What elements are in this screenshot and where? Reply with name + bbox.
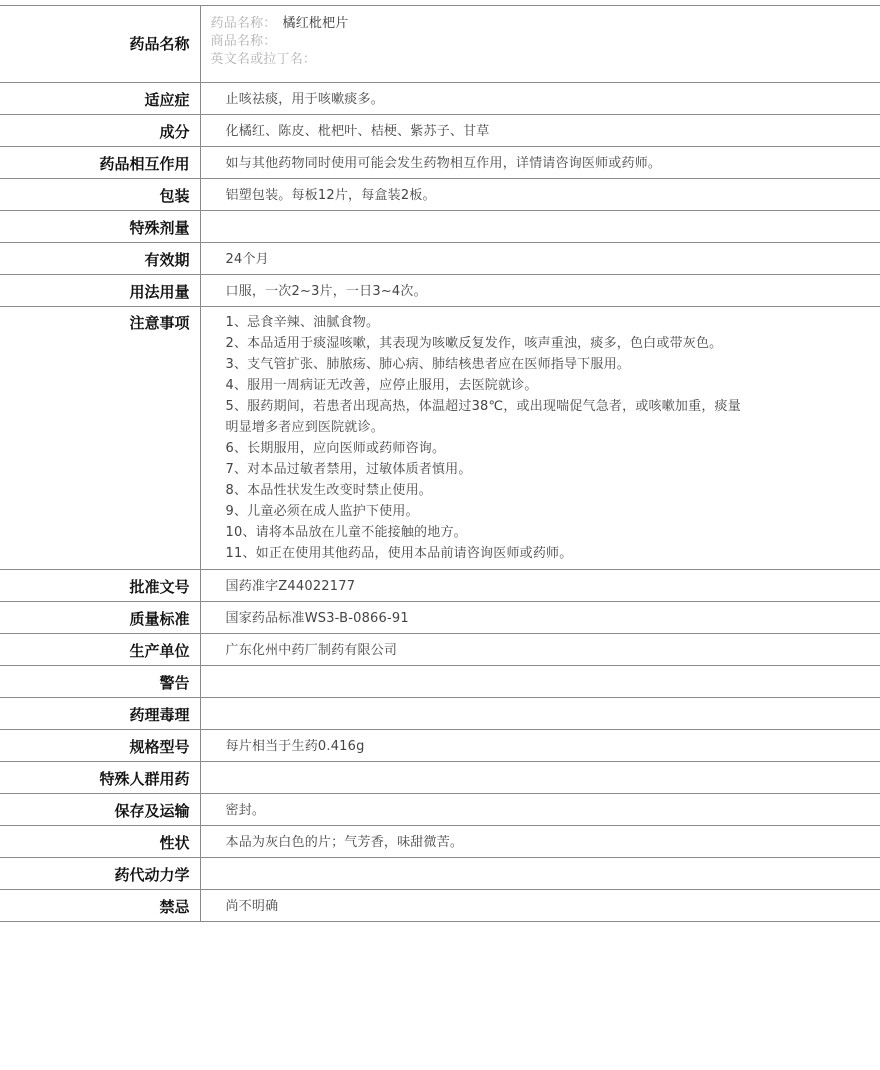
precaution-line: 明显增多者应到医院就诊。 <box>226 417 880 438</box>
row-ingredients: 成分 化橘红、陈皮、枇杷叶、桔梗、紫苏子、甘草 <box>0 115 880 147</box>
row-special-dosage: 特殊剂量 <box>0 211 880 243</box>
row-dosage: 用法用量 口服，一次2~3片，一日3~4次。 <box>0 275 880 307</box>
row-appearance: 性状 本品为灰白色的片；气芳香，味甜微苦。 <box>0 826 880 858</box>
precaution-line: 5、服药期间，若患者出现高热，体温超过38℃，或出现喘促气急者，或咳嗽加重，痰量 <box>226 396 880 417</box>
row-value: 密封。 <box>200 794 880 826</box>
row-value: 尚不明确 <box>200 890 880 922</box>
latin-name-line: 英文名或拉丁名： <box>211 51 880 69</box>
row-value <box>200 858 880 890</box>
precaution-line: 7、对本品过敏者禁用，过敏体质者慎用。 <box>226 459 880 480</box>
precaution-line: 6、长期服用，应向医师或药师咨询。 <box>226 438 880 459</box>
row-label: 批准文号 <box>0 570 200 602</box>
row-precautions: 注意事项 1、忌食辛辣、油腻食物。 2、本品适用于痰湿咳嗽，其表现为咳嗽反复发作… <box>0 307 880 570</box>
generic-name-key: 药品名称： <box>211 16 277 31</box>
precaution-line: 2、本品适用于痰湿咳嗽，其表现为咳嗽反复发作，咳声重浊，痰多，色白或带灰色。 <box>226 333 880 354</box>
generic-name-line: 药品名称：橘红枇杷片 <box>211 15 880 33</box>
drug-spec-table: 药品名称 药品名称：橘红枇杷片 商品名称： 英文名或拉丁名： 适应症 止咳祛痰，… <box>0 5 880 922</box>
row-special-populations: 特殊人群用药 <box>0 762 880 794</box>
row-packaging: 包装 铝塑包装。每板12片，每盒装2板。 <box>0 179 880 211</box>
row-approval-number: 批准文号 国药准字Z44022177 <box>0 570 880 602</box>
row-value: 化橘红、陈皮、枇杷叶、桔梗、紫苏子、甘草 <box>200 115 880 147</box>
row-value: 国家药品标准WS3-B-0866-91 <box>200 602 880 634</box>
precaution-line: 4、服用一周病证无改善，应停止服用，去医院就诊。 <box>226 375 880 396</box>
row-value: 如与其他药物同时使用可能会发生药物相互作用，详情请咨询医师或药师。 <box>200 147 880 179</box>
row-value: 口服，一次2~3片，一日3~4次。 <box>200 275 880 307</box>
row-label: 包装 <box>0 179 200 211</box>
row-label: 成分 <box>0 115 200 147</box>
row-value <box>200 762 880 794</box>
row-value: 广东化州中药厂制药有限公司 <box>200 634 880 666</box>
row-value: 本品为灰白色的片；气芳香，味甜微苦。 <box>200 826 880 858</box>
row-drug-name: 药品名称 药品名称：橘红枇杷片 商品名称： 英文名或拉丁名： <box>0 6 880 83</box>
row-contraindications: 禁忌 尚不明确 <box>0 890 880 922</box>
row-storage-transport: 保存及运输 密封。 <box>0 794 880 826</box>
precaution-line: 1、忌食辛辣、油腻食物。 <box>226 312 880 333</box>
row-label: 药理毒理 <box>0 698 200 730</box>
row-value <box>200 211 880 243</box>
generic-name-value: 橘红枇杷片 <box>283 16 349 31</box>
row-value: 止咳祛痰，用于咳嗽痰多。 <box>200 83 880 115</box>
precaution-line: 3、支气管扩张、肺脓疡、肺心病、肺结核患者应在医师指导下服用。 <box>226 354 880 375</box>
row-value: 每片相当于生药0.416g <box>200 730 880 762</box>
row-label: 特殊剂量 <box>0 211 200 243</box>
row-value: 铝塑包装。每板12片，每盒装2板。 <box>200 179 880 211</box>
row-value: 24个月 <box>200 243 880 275</box>
row-label: 注意事项 <box>0 307 200 570</box>
row-label: 药品相互作用 <box>0 147 200 179</box>
row-quality-standard: 质量标准 国家药品标准WS3-B-0866-91 <box>0 602 880 634</box>
row-label: 生产单位 <box>0 634 200 666</box>
row-label: 用法用量 <box>0 275 200 307</box>
row-manufacturer: 生产单位 广东化州中药厂制药有限公司 <box>0 634 880 666</box>
row-label: 适应症 <box>0 83 200 115</box>
row-label: 质量标准 <box>0 602 200 634</box>
precaution-line: 11、如正在使用其他药品，使用本品前请咨询医师或药师。 <box>226 543 880 564</box>
row-label: 保存及运输 <box>0 794 200 826</box>
latin-name-key: 英文名或拉丁名： <box>211 52 317 67</box>
precaution-line: 9、儿童必须在成人监护下使用。 <box>226 501 880 522</box>
row-label: 药代动力学 <box>0 858 200 890</box>
row-label: 特殊人群用药 <box>0 762 200 794</box>
row-shelf-life: 有效期 24个月 <box>0 243 880 275</box>
row-label: 药品名称 <box>0 6 200 83</box>
trade-name-key: 商品名称： <box>211 34 277 49</box>
trade-name-line: 商品名称： <box>211 33 880 51</box>
row-drug-interactions: 药品相互作用 如与其他药物同时使用可能会发生药物相互作用，详情请咨询医师或药师。 <box>0 147 880 179</box>
row-warning: 警告 <box>0 666 880 698</box>
row-label: 禁忌 <box>0 890 200 922</box>
row-indications: 适应症 止咳祛痰，用于咳嗽痰多。 <box>0 83 880 115</box>
row-pharmacology-toxicology: 药理毒理 <box>0 698 880 730</box>
row-specification: 规格型号 每片相当于生药0.416g <box>0 730 880 762</box>
precaution-line: 8、本品性状发生改变时禁止使用。 <box>226 480 880 501</box>
row-value: 1、忌食辛辣、油腻食物。 2、本品适用于痰湿咳嗽，其表现为咳嗽反复发作，咳声重浊… <box>200 307 880 570</box>
row-label: 规格型号 <box>0 730 200 762</box>
row-label: 有效期 <box>0 243 200 275</box>
row-value <box>200 666 880 698</box>
row-label: 警告 <box>0 666 200 698</box>
row-label: 性状 <box>0 826 200 858</box>
row-pharmacokinetics: 药代动力学 <box>0 858 880 890</box>
row-value <box>200 698 880 730</box>
row-value: 国药准字Z44022177 <box>200 570 880 602</box>
precaution-line: 10、请将本品放在儿童不能接触的地方。 <box>226 522 880 543</box>
row-value: 药品名称：橘红枇杷片 商品名称： 英文名或拉丁名： <box>200 6 880 83</box>
